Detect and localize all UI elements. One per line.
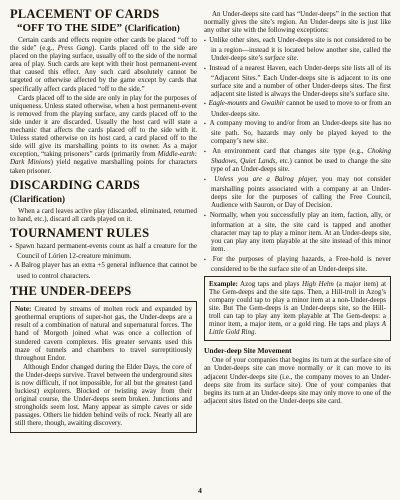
bullet-icon: ▪ — [204, 39, 207, 44]
underdeeps-bullet-6: ▪ Unless you are a Balrog player, you ma… — [204, 175, 391, 209]
underdeeps-bullet-2: ▪ Instead of a nearest Haven, each Under… — [204, 64, 391, 98]
underdeeps-bullet-7: ▪ Normally, when you successfully play a… — [204, 211, 391, 253]
section-title-discarding: DISCARDING CARDS (Clarification) — [10, 179, 197, 207]
note-label: Note: — [15, 305, 31, 313]
bullet-icon: ▪ — [204, 258, 209, 263]
bullet-text: Eagle-mounts and Gwaihir cannot be used … — [209, 99, 391, 117]
underdeeps-bullet-4: ▪ A company moving to and/or from an Und… — [204, 119, 391, 145]
section-title-underdeeps: THE UNDER-DEEPS — [10, 285, 197, 299]
bullet-text: A Balrog player has an extra +5 general … — [15, 261, 197, 279]
underdeeps-bullet-5: ▪ An environment card that changes site … — [204, 147, 391, 173]
discarding-clarification: (Clarification) — [10, 194, 65, 204]
section-subtitle-placement: “OFF TO THE SIDE” (Clarification) — [17, 22, 197, 35]
bullet-text: Normally, when you successfully play an … — [210, 211, 391, 253]
note-box: Note: Created by streams of molten rock … — [10, 301, 197, 432]
tournament-bullet-1: ▪ Spawn hazard permanent-events count as… — [10, 242, 197, 260]
bullet-text: A company moving to and/or from an Under… — [210, 119, 391, 145]
bullet-icon: ▪ — [10, 245, 13, 250]
bullet-text: Unless you are a Balrog player, you may … — [211, 175, 391, 209]
rules-page: PLACEMENT OF CARDS “OFF TO THE SIDE” (Cl… — [0, 0, 400, 500]
bullet-icon: ▪ — [204, 150, 209, 155]
movement-subheading: Under-deep Site Movement — [204, 346, 391, 355]
two-column-layout: PLACEMENT OF CARDS “OFF TO THE SIDE” (Cl… — [10, 8, 391, 433]
bullet-text: Unlike other sites, each Under-deeps sit… — [209, 36, 391, 62]
discarding-title-text: DISCARDING CARDS — [10, 178, 140, 192]
underdeeps-bullet-8: ▪ For the purposes of playing hazards, a… — [204, 255, 391, 273]
bullet-text: An environment card that changes site ty… — [211, 147, 391, 173]
note-paragraph-1: Note: Created by streams of molten rock … — [15, 305, 192, 362]
discarding-paragraph: When a card leaves active play (discarde… — [10, 207, 197, 223]
bullet-icon: ▪ — [204, 67, 207, 72]
movement-paragraph: One of your companies that begins its tu… — [204, 356, 391, 405]
bullet-text: Instead of a nearest Haven, each Under-d… — [209, 64, 391, 98]
example-paragraph: Example: Azog taps and plays High Helm (… — [209, 280, 386, 337]
bullet-text: Spawn hazard permanent-events count as h… — [15, 242, 197, 260]
page-number: 4 — [198, 486, 202, 495]
example-box: Example: Azog taps and plays High Helm (… — [204, 276, 391, 342]
bullet-icon: ▪ — [10, 264, 13, 269]
column-right: An Under-deeps site card has “Under-deep… — [204, 8, 391, 433]
bullet-icon: ▪ — [204, 178, 210, 183]
section-title-tournament: TOURNAMENT RULES — [10, 227, 197, 241]
underdeeps-bullet-1: ▪ Unlike other sites, each Under-deeps s… — [204, 36, 391, 62]
underdeeps-bullet-3: ▪ Eagle-mounts and Gwaihir cannot be use… — [204, 99, 391, 117]
bullet-icon: ▪ — [204, 214, 207, 219]
column-left: PLACEMENT OF CARDS “OFF TO THE SIDE” (Cl… — [10, 8, 197, 433]
note-text-1: Created by streams of molten rock and ex… — [15, 305, 192, 362]
example-text: Azog taps and plays High Helm (a major i… — [209, 280, 386, 337]
subtitle-text: “OFF TO THE SIDE” — [17, 22, 122, 34]
subtitle-clarification: (Clarification) — [125, 23, 180, 33]
placement-paragraph-1: Certain cards and effects require other … — [10, 36, 197, 93]
bullet-icon: ▪ — [204, 102, 207, 107]
placement-paragraph-2: Cards placed off to the side are only in… — [10, 94, 197, 175]
bullet-icon: ▪ — [204, 122, 207, 127]
example-label: Example: — [209, 280, 238, 288]
underdeeps-intro: An Under-deeps site card has “Under-deep… — [204, 10, 391, 34]
bullet-text: For the purposes of playing hazards, a F… — [211, 255, 391, 273]
section-title-placement: PLACEMENT OF CARDS — [10, 8, 197, 22]
tournament-bullet-2: ▪ A Balrog player has an extra +5 genera… — [10, 261, 197, 279]
note-paragraph-2: Although Endor changed during the Elder … — [15, 363, 192, 428]
